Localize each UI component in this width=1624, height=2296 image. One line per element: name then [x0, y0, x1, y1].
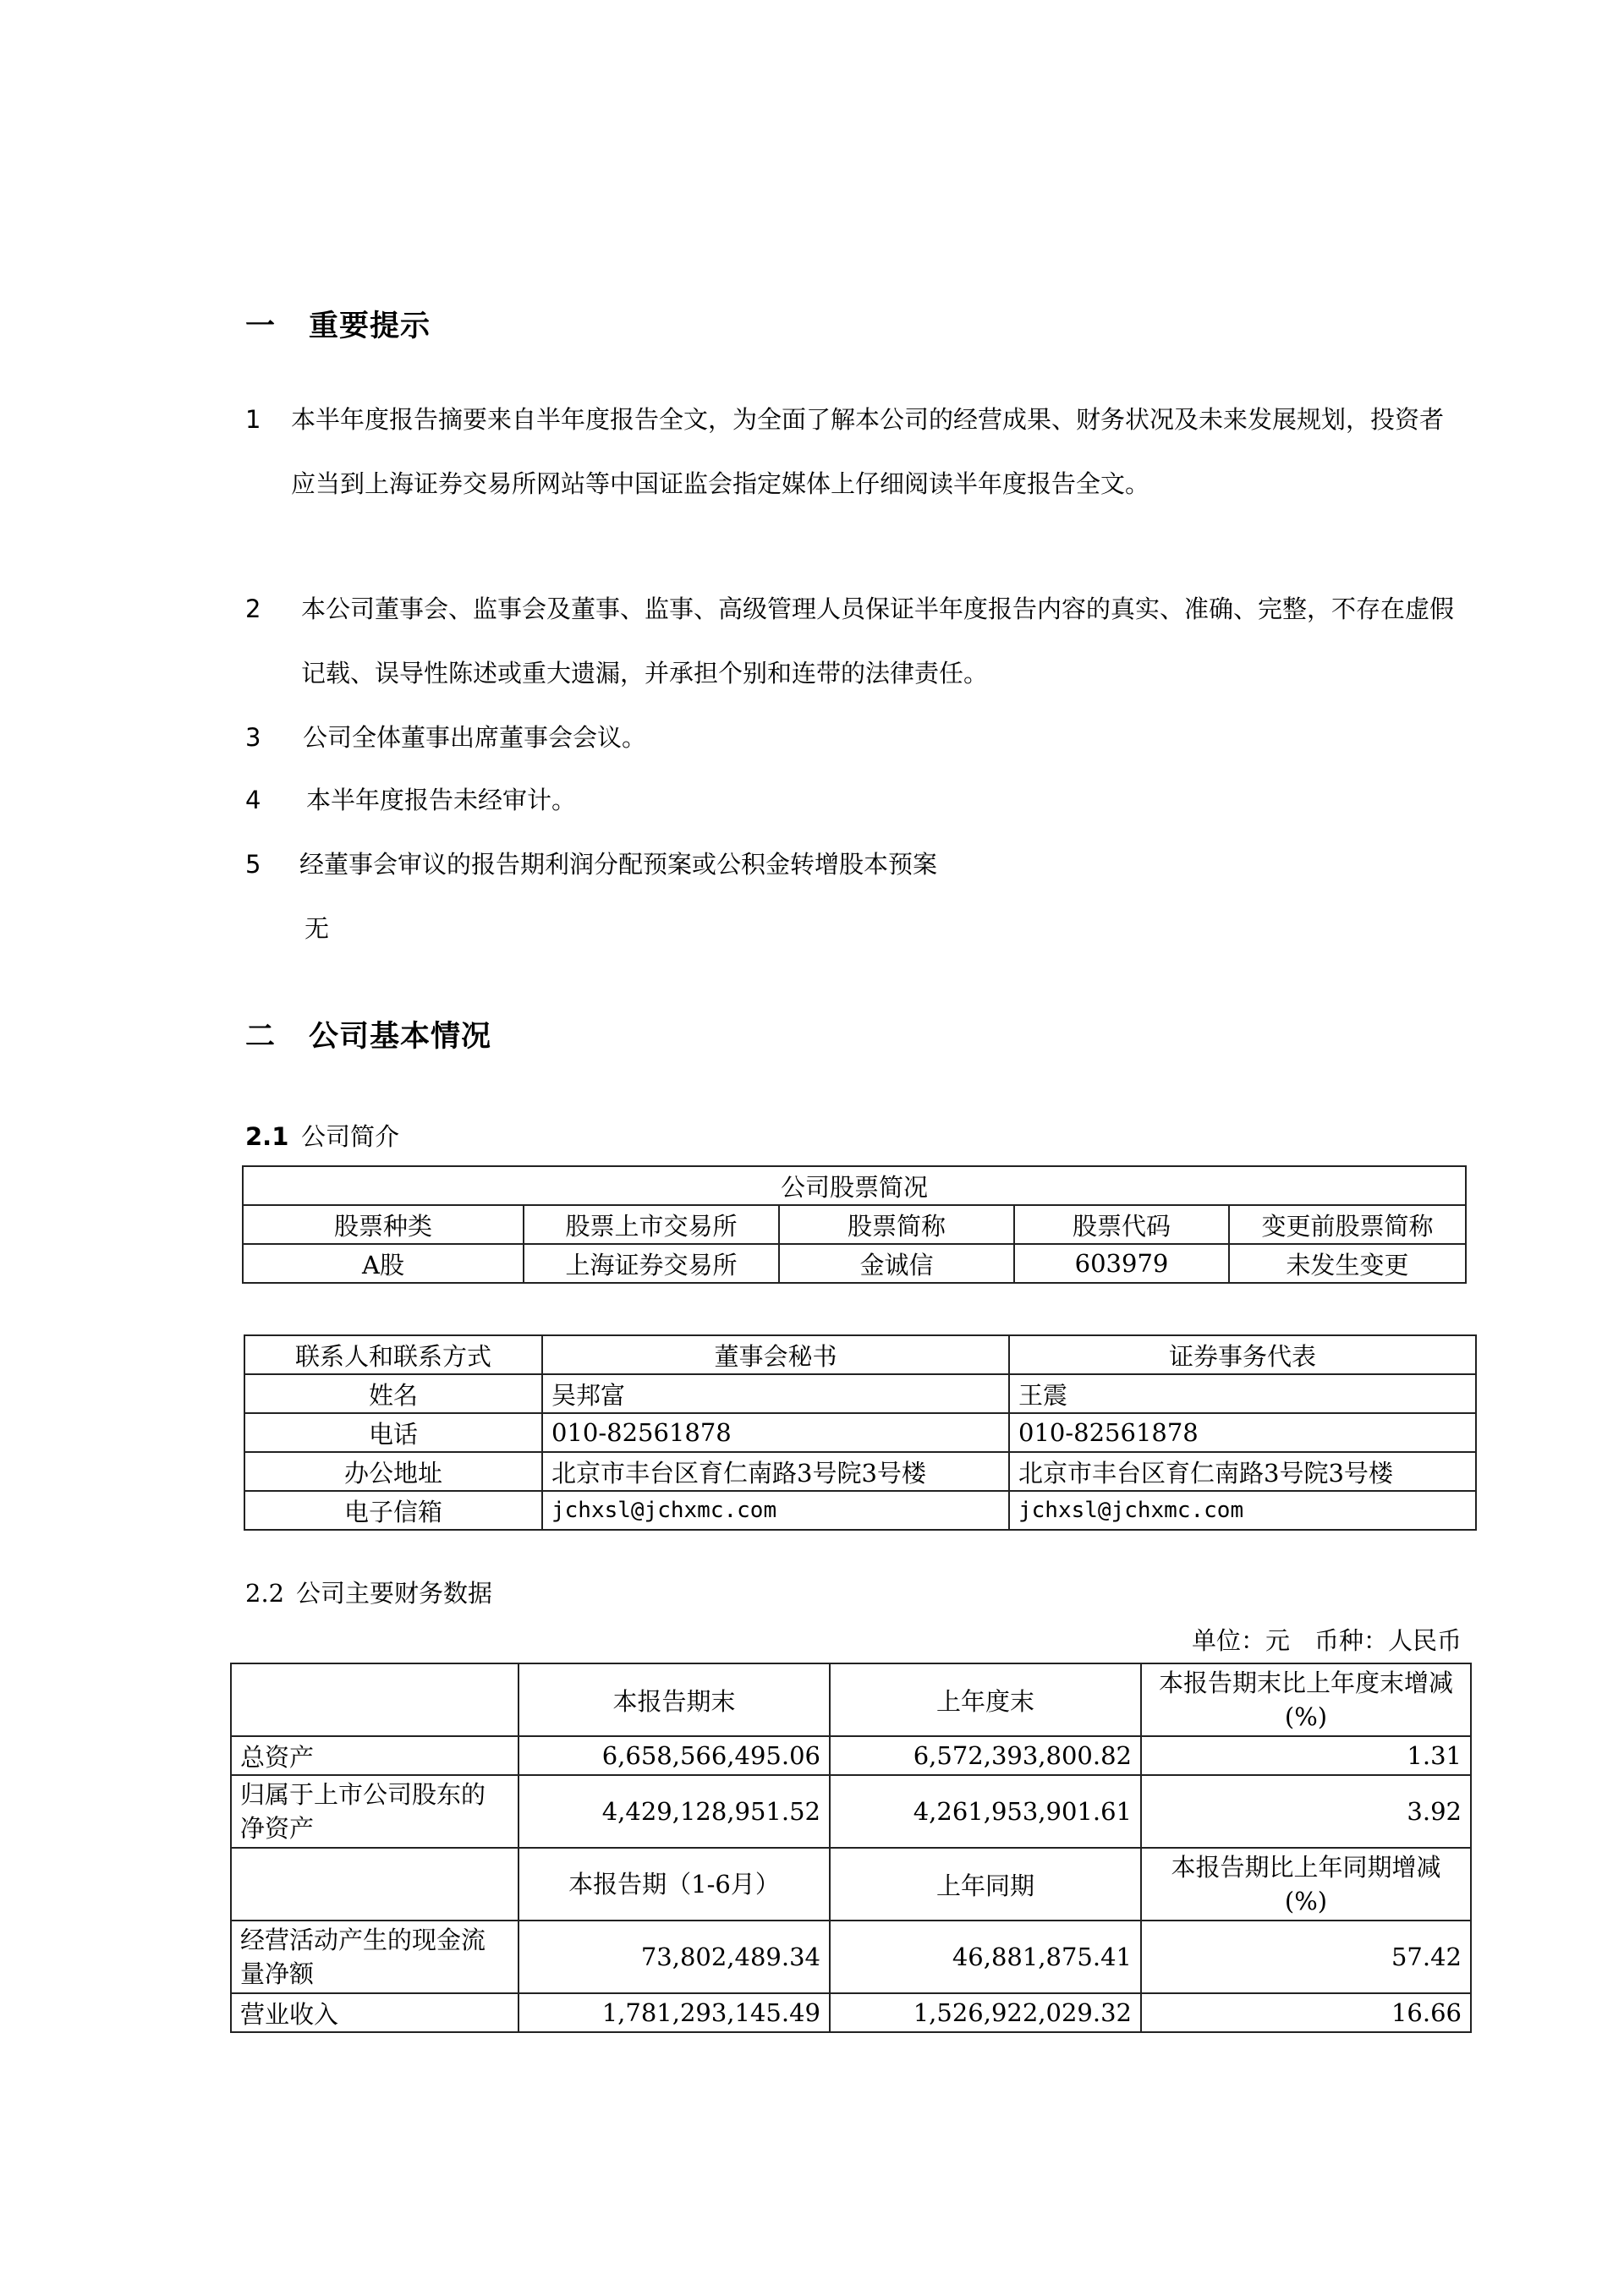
table-cell: 1,781,293,145.49: [518, 1993, 830, 2032]
table-cell: 吴邦富: [542, 1374, 1009, 1413]
table-header-row: 联系人和联系方式 董事会秘书 证券事务代表: [244, 1335, 1476, 1374]
row-label: 归属于上市公司股东的净资产: [231, 1775, 518, 1848]
header-cell: 本报告期末比上年度末增减(%): [1141, 1663, 1471, 1736]
table-cell: 46,881,875.41: [830, 1921, 1141, 1993]
header-cell: 本报告期比上年同期增减(%): [1141, 1848, 1471, 1921]
header-cell: 变更前股票简称: [1229, 1205, 1466, 1244]
item-text: 公司全体董事出席董事会会议。: [303, 705, 1463, 770]
table-row: 归属于上市公司股东的净资产 4,429,128,951.52 4,261,953…: [231, 1775, 1471, 1848]
header-cell: 联系人和联系方式: [244, 1335, 542, 1374]
section-number: 一: [245, 303, 309, 345]
header-cell: 证券事务代表: [1009, 1335, 1476, 1374]
table-cell: 73,802,489.34: [518, 1921, 830, 1993]
header-cell: 本报告期（1-6月）: [518, 1848, 830, 1921]
table-header-row: 本报告期末 上年度末 本报告期末比上年度末增减(%): [231, 1663, 1471, 1736]
financial-data-table: 本报告期末 上年度末 本报告期末比上年度末增减(%) 总资产 6,658,566…: [230, 1663, 1472, 2033]
item-text: 本半年度报告未经审计。: [306, 768, 1463, 832]
table-cell: 1,526,922,029.32: [830, 1993, 1141, 2032]
unit-currency-note: 单位：元 币种：人民币: [1192, 1622, 1462, 1657]
table-header-row: 股票种类 股票上市交易所 股票简称 股票代码 变更前股票简称: [243, 1205, 1466, 1244]
empty-cell: [231, 1848, 518, 1921]
notice-item-2: 2 本公司董事会、监事会及董事、监事、高级管理人员保证半年度报告内容的真实、准确…: [245, 577, 1463, 705]
section-number: 二: [245, 1013, 309, 1055]
subsection-number: 2.2: [245, 1579, 296, 1608]
table-cell: 金诚信: [779, 1244, 1014, 1283]
table-cell: 010-82561878: [1009, 1413, 1476, 1452]
header-cell: 上年度末: [830, 1663, 1141, 1736]
table-cell: 1.31: [1141, 1736, 1471, 1775]
table-cell: 010-82561878: [542, 1413, 1009, 1452]
table-cell: 57.42: [1141, 1921, 1471, 1993]
table-cell: A股: [243, 1244, 524, 1283]
item-number: 3: [245, 705, 279, 770]
item-number: 5: [245, 832, 279, 896]
table-title: 公司股票简况: [243, 1166, 1466, 1205]
row-label: 营业收入: [231, 1993, 518, 2032]
section-title: 重要提示: [309, 310, 431, 343]
header-cell: 本报告期末: [518, 1663, 830, 1736]
email-link[interactable]: jchxsl@jchxmc.com: [542, 1491, 1009, 1530]
header-cell: 股票代码: [1014, 1205, 1229, 1244]
section-heading-important-notes: 一重要提示: [245, 303, 431, 345]
row-label: 办公地址: [244, 1452, 542, 1491]
row-label: 电话: [244, 1413, 542, 1452]
table-row: 经营活动产生的现金流量净额 73,802,489.34 46,881,875.4…: [231, 1921, 1471, 1993]
table-row: 营业收入 1,781,293,145.49 1,526,922,029.32 1…: [231, 1993, 1471, 2032]
table-row: 姓名 吴邦富 王震: [244, 1374, 1476, 1413]
table-row: 办公地址 北京市丰台区育仁南路3号院3号楼 北京市丰台区育仁南路3号院3号楼: [244, 1452, 1476, 1491]
subsection-heading-financial-data: 2.2公司主要财务数据: [245, 1575, 492, 1609]
row-label: 总资产: [231, 1736, 518, 1775]
stock-overview-table: 公司股票简况 股票种类 股票上市交易所 股票简称 股票代码 变更前股票简称 A股…: [242, 1165, 1467, 1284]
table-cell: 6,572,393,800.82: [830, 1736, 1141, 1775]
header-cell: 董事会秘书: [542, 1335, 1009, 1374]
table-cell: 6,658,566,495.06: [518, 1736, 830, 1775]
table-row: 电话 010-82561878 010-82561878: [244, 1413, 1476, 1452]
table-cell: 4,261,953,901.61: [830, 1775, 1141, 1848]
empty-cell: [231, 1663, 518, 1736]
header-cell: 上年同期: [830, 1848, 1141, 1921]
subsection-title: 公司主要财务数据: [296, 1579, 492, 1608]
notice-item-4: 4 本半年度报告未经审计。: [245, 768, 1463, 832]
section-heading-company-info: 二公司基本情况: [245, 1013, 491, 1055]
header-cell: 股票种类: [243, 1205, 524, 1244]
row-label: 经营活动产生的现金流量净额: [231, 1921, 518, 1993]
item-text: 本半年度报告摘要来自半年度报告全文，为全面了解本公司的经营成果、财务状况及未来发…: [291, 387, 1463, 516]
table-cell: 北京市丰台区育仁南路3号院3号楼: [1009, 1452, 1476, 1491]
notice-item-5: 5 经董事会审议的报告期利润分配预案或公积金转增股本预案: [245, 832, 1463, 896]
notice-item-1: 1 本半年度报告摘要来自半年度报告全文，为全面了解本公司的经营成果、财务状况及未…: [245, 387, 1463, 516]
notice-item-3: 3 公司全体董事出席董事会会议。: [245, 705, 1463, 770]
item-number: 1: [245, 387, 279, 452]
subsection-heading-company-profile: 2.1公司简介: [245, 1118, 399, 1153]
table-cell: 王震: [1009, 1374, 1476, 1413]
subsection-number: 2.1: [245, 1122, 301, 1151]
header-cell: 股票上市交易所: [524, 1205, 779, 1244]
item-5-answer: 无: [304, 896, 329, 961]
contact-table: 联系人和联系方式 董事会秘书 证券事务代表 姓名 吴邦富 王震 电话 010-8…: [244, 1334, 1477, 1531]
table-cell: 北京市丰台区育仁南路3号院3号楼: [542, 1452, 1009, 1491]
table-cell: 603979: [1014, 1244, 1229, 1283]
item-text: 经董事会审议的报告期利润分配预案或公积金转增股本预案: [299, 832, 1463, 896]
item-number: 2: [245, 577, 279, 641]
table-row: A股 上海证券交易所 金诚信 603979 未发生变更: [243, 1244, 1466, 1283]
section-title: 公司基本情况: [309, 1020, 491, 1054]
table-cell: 未发生变更: [1229, 1244, 1466, 1283]
table-cell: 上海证券交易所: [524, 1244, 779, 1283]
item-number: 4: [245, 768, 279, 832]
email-link[interactable]: jchxsl@jchxmc.com: [1009, 1491, 1476, 1530]
table-cell: 4,429,128,951.52: [518, 1775, 830, 1848]
table-row: 总资产 6,658,566,495.06 6,572,393,800.82 1.…: [231, 1736, 1471, 1775]
table-cell: 16.66: [1141, 1993, 1471, 2032]
subsection-title: 公司简介: [301, 1122, 399, 1151]
table-row: 电子信箱 jchxsl@jchxmc.com jchxsl@jchxmc.com: [244, 1491, 1476, 1530]
row-label: 姓名: [244, 1374, 542, 1413]
row-label: 电子信箱: [244, 1491, 542, 1530]
table-header-row: 本报告期（1-6月） 上年同期 本报告期比上年同期增减(%): [231, 1848, 1471, 1921]
table-cell: 3.92: [1141, 1775, 1471, 1848]
item-text: 本公司董事会、监事会及董事、监事、高级管理人员保证半年度报告内容的真实、准确、完…: [301, 577, 1463, 705]
header-cell: 股票简称: [779, 1205, 1014, 1244]
